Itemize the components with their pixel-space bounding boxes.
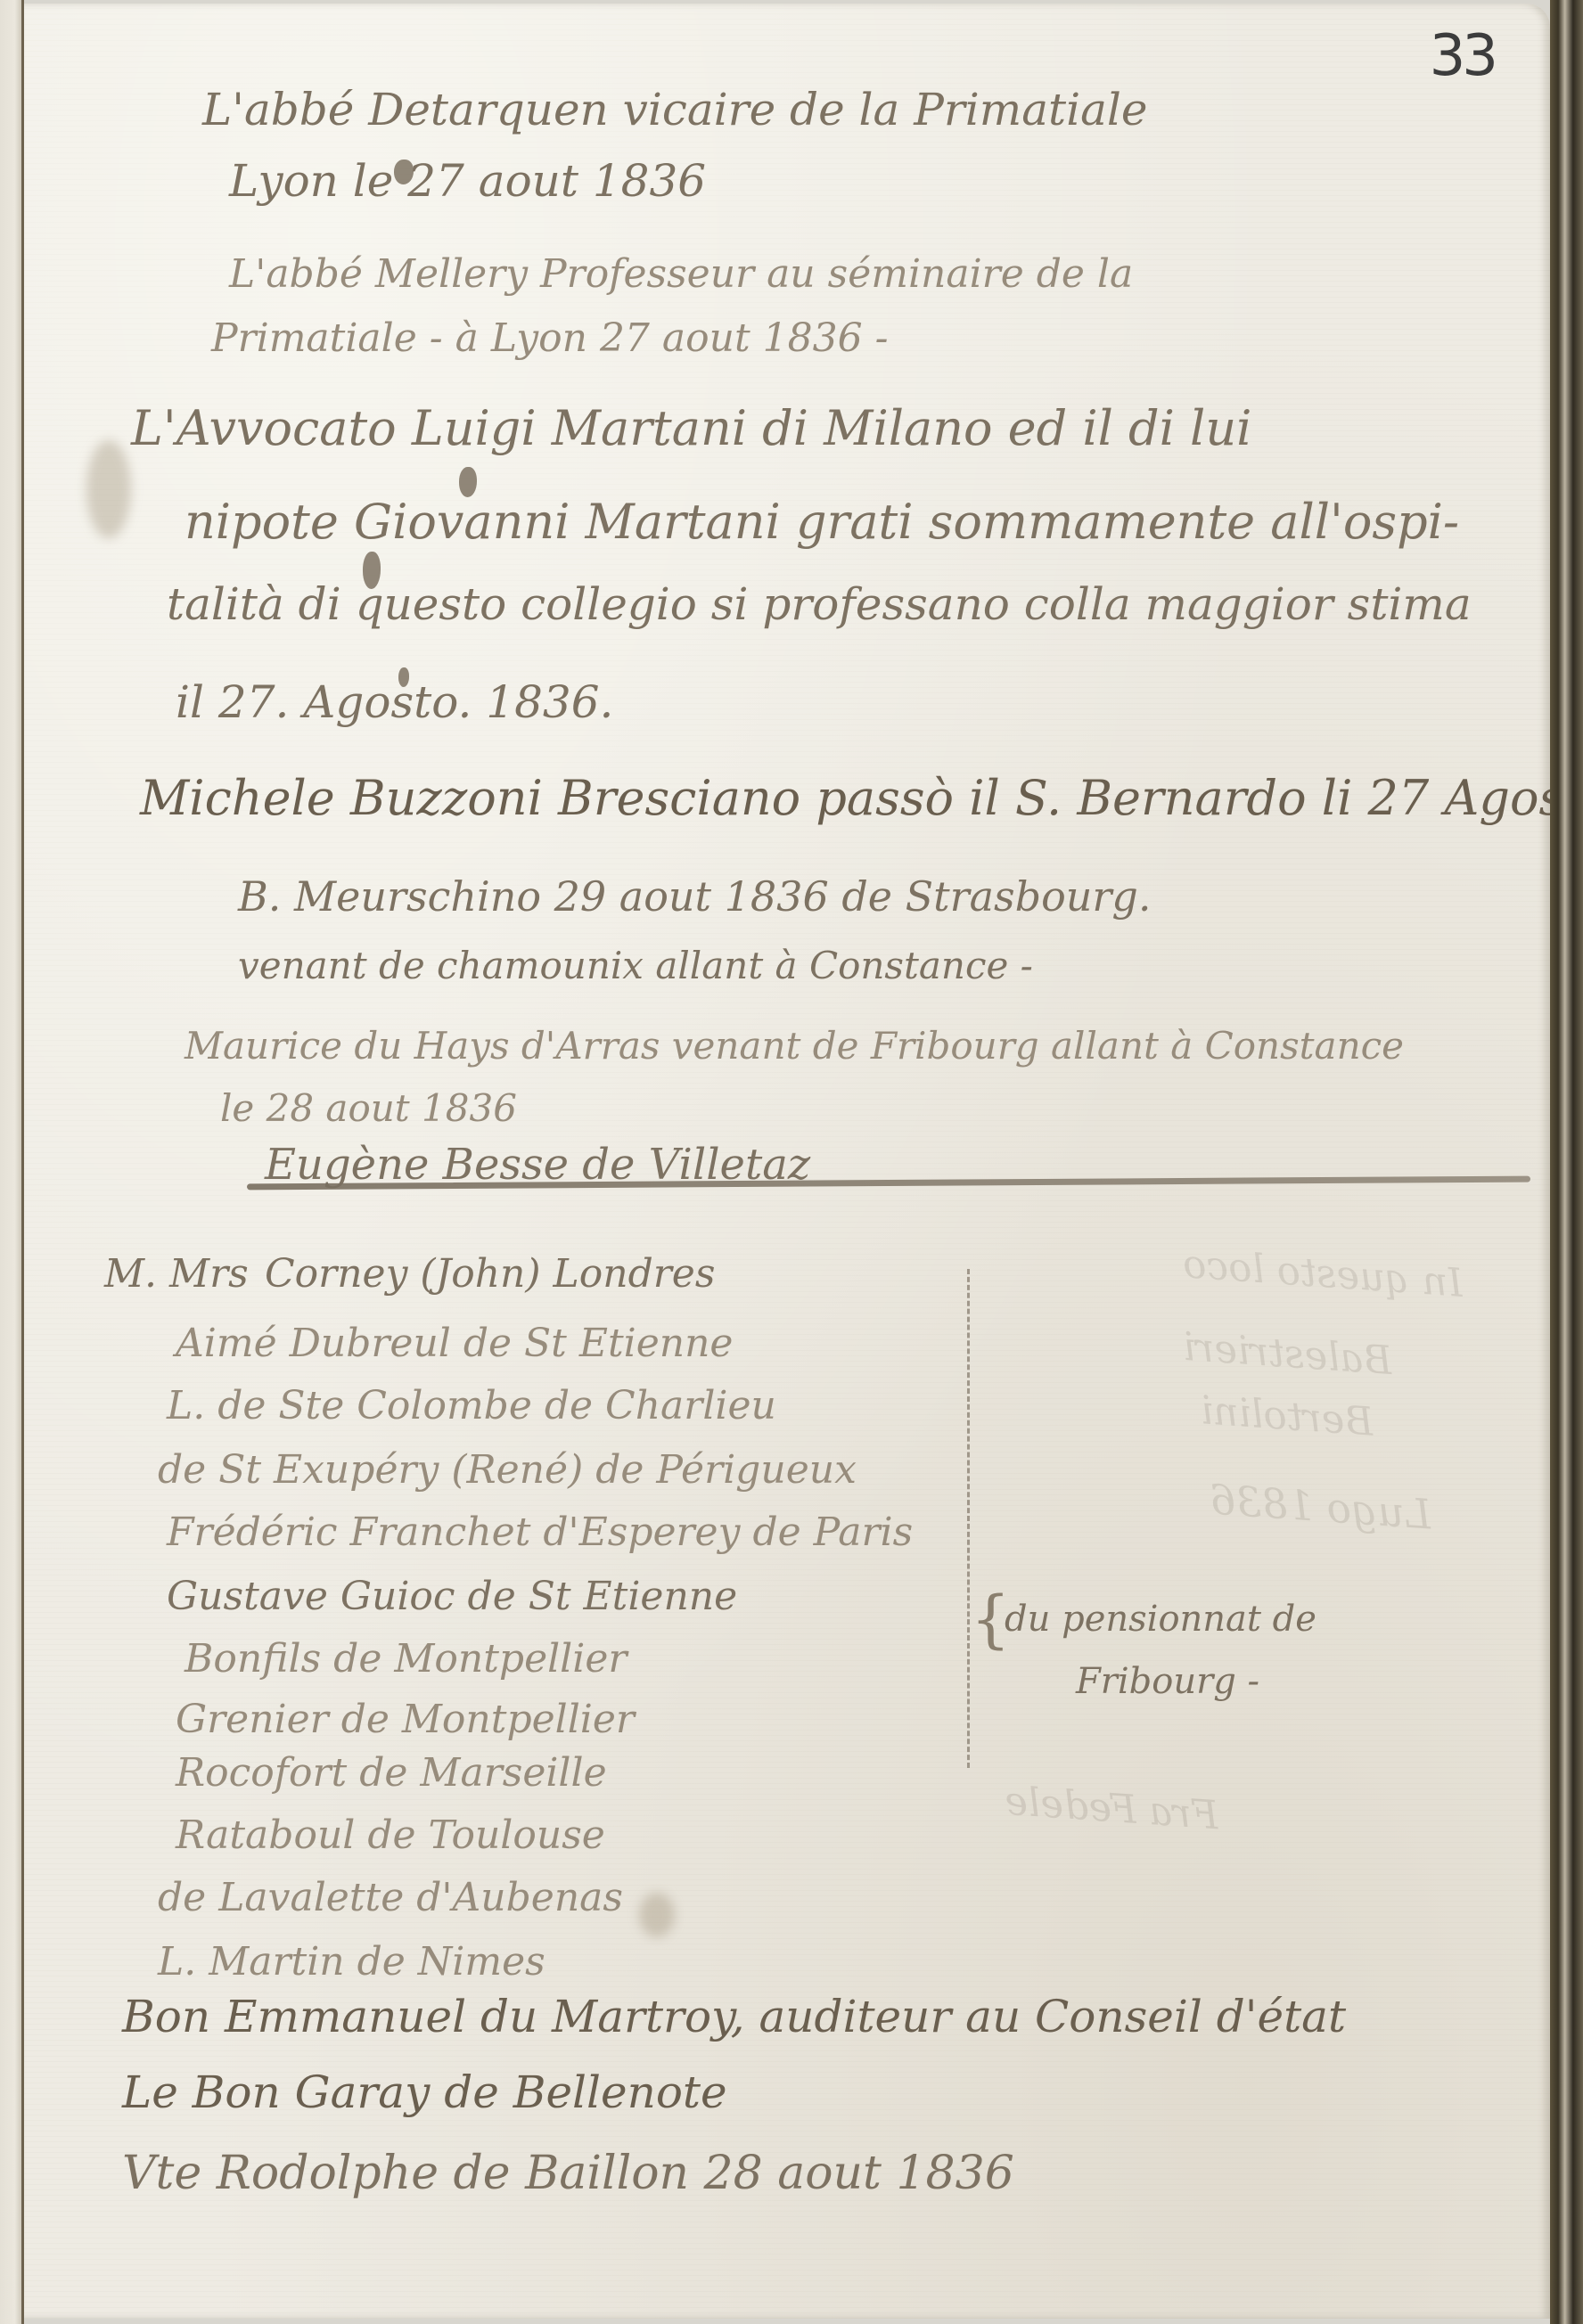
bleed-through-text: In questo loco — [1182, 1241, 1464, 1306]
entry-line: Vte Rodolphe de Baillon 28 aout 1836 — [122, 2147, 1014, 2200]
group-name: de Lavalette d'Aubenas — [158, 1875, 623, 1920]
entry-line: il 27. Agosto. 1836. — [176, 676, 613, 728]
group-name: de St Exupéry (René) de Périgueux — [158, 1447, 857, 1493]
entry-line: nipote Giovanni Martani grati sommamente… — [185, 494, 1459, 550]
group-annotation: Fribourg - — [1076, 1661, 1259, 1702]
entry-line: venant de chamounix allant à Constance - — [238, 944, 1033, 987]
group-name: Grenier de Montpellier — [176, 1697, 635, 1742]
bleed-through-text: Balestrieri — [1182, 1324, 1394, 1384]
entry-line: Le Bon Garay de Bellenote — [122, 2066, 727, 2118]
entry-line: Bon Emmanuel du Martroy, auditeur au Con… — [122, 1991, 1346, 2042]
entry-line: Primatiale - à Lyon 27 aout 1836 - — [211, 315, 888, 361]
group-name: Corney (John) Londres — [265, 1251, 715, 1297]
entry-line: L'Avvocato Luigi Martani di Milano ed il… — [131, 400, 1251, 456]
page-number: 33 — [1430, 23, 1495, 89]
bleed-through-text: Bertolini — [1199, 1387, 1374, 1444]
entry-line: L'abbé Mellery Professeur au séminaire d… — [229, 251, 1133, 297]
group-prefix: M. Mrs — [104, 1251, 249, 1297]
group-name: L. de Ste Colombe de Charlieu — [167, 1383, 776, 1428]
group-name: L. Martin de Nimes — [158, 1939, 545, 1984]
entry-line: L'abbé Detarquen vicaire de la Primatial… — [202, 84, 1147, 135]
entry-line: talità di questo collegio si professano … — [167, 578, 1472, 630]
book-binding-edge — [1550, 0, 1583, 2324]
register-page: 33 In questo loco Balestrieri Bertolini … — [24, 4, 1550, 2319]
entry-line: le 28 aout 1836 — [220, 1086, 517, 1130]
group-name: Rataboul de Toulouse — [176, 1813, 605, 1858]
entry-line: Lyon le 27 aout 1836 — [229, 155, 706, 207]
dashed-divider — [967, 1269, 970, 1768]
manuscript-scan: 33 In questo loco Balestrieri Bertolini … — [0, 0, 1583, 2324]
entry-line: Maurice du Hays d'Arras venant de Fribou… — [185, 1024, 1404, 1068]
water-stain — [86, 440, 131, 538]
group-name: Rocofort de Marseille — [176, 1750, 607, 1796]
entry-line: Michele Buzzoni Bresciano passò il S. Be… — [140, 770, 1583, 826]
group-annotation: du pensionnat de — [1005, 1599, 1316, 1640]
entry-line: B. Meurschino 29 aout 1836 de Strasbourg… — [238, 872, 1151, 921]
bleed-through-text: Lugo 1836 — [1208, 1475, 1432, 1538]
group-name: Aimé Dubreul de St Etienne — [176, 1321, 733, 1366]
ink-blot — [459, 467, 477, 497]
group-name: Bonfils de Montpellier — [185, 1636, 627, 1682]
group-name: Gustave Guioc de St Etienne — [167, 1574, 737, 1619]
facing-page-edge — [0, 0, 24, 2324]
brown-stain — [639, 1893, 675, 1937]
bleed-through-text: Fra Fedele — [1004, 1779, 1220, 1839]
group-name: Frédéric Franchet d'Esperey de Paris — [167, 1510, 913, 1555]
